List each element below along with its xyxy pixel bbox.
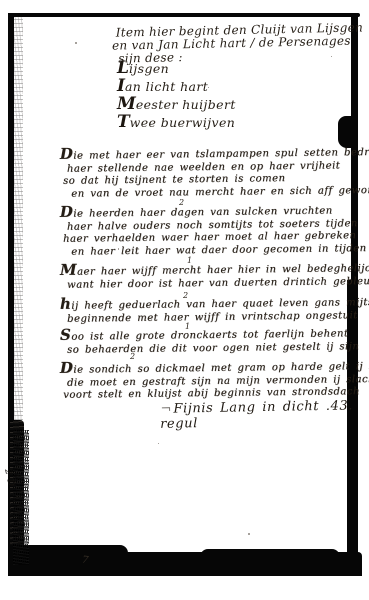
character-name: wee buerwijven	[130, 115, 236, 130]
character-lijsgen: Lijsgen	[117, 58, 236, 76]
scan-border-top	[8, 13, 360, 17]
paper-speck	[75, 42, 77, 44]
stanza-line: beginnende met haer wijff in vrintschap …	[67, 310, 360, 326]
paper-speck	[158, 443, 159, 444]
character-initial: M	[117, 94, 135, 114]
stanza-4: hij heeft geduerlach van haer quaet leve…	[60, 294, 360, 326]
character-name: an licht hart	[125, 79, 208, 94]
stanza-2: Die heerden haer dagen van sulcken vruch…	[60, 202, 361, 259]
stanza-5: Soo ist alle grote dronckaerts tot faerl…	[60, 325, 360, 357]
character-initial: T	[117, 112, 129, 132]
character-meester-huijbert: Meester huijbert	[117, 94, 236, 112]
character-name: ijsgen	[129, 61, 169, 76]
interlinear-mark-1: 2	[179, 198, 184, 207]
colophon-finis-line: Fijnis Lang in dicht .43. regul	[160, 398, 369, 432]
character-jan-lichthart: Ian licht hart	[117, 76, 236, 94]
binding-edge-dark-texture	[13, 430, 29, 565]
character-list: Lijsgen Ian licht hart Meester huijbert …	[117, 58, 236, 130]
interlinear-mark-3: 2	[183, 291, 188, 300]
paper-speck	[248, 533, 250, 535]
paper-speck	[118, 248, 119, 250]
stanza-line: en haer leit haer wat daer door gecomen …	[71, 243, 360, 259]
character-initial: L	[117, 58, 128, 78]
scan-border-bottom-bump2	[200, 549, 340, 559]
interlinear-mark-5: 2	[130, 352, 135, 361]
character-twee-buerwijven: Twee buerwijven	[117, 112, 236, 130]
stanza-1: Die met haer eer van tslampampen spul se…	[60, 144, 361, 201]
scan-border-right-blob	[338, 116, 354, 148]
manuscript-scan-page: Item hier begint den Cluijt van Lijsgen …	[0, 0, 369, 600]
stanza-line: en van de vroet nau mercht haer en sich …	[71, 185, 360, 201]
paper-speck	[208, 87, 209, 88]
stanza-3: Maer haer wijff mercht haer hier in wel …	[60, 260, 360, 292]
interlinear-mark-2: 1	[187, 256, 192, 265]
stanza-line: so behaerden die dit voor ogen niet gest…	[67, 341, 360, 357]
stanza-6: Die sondich so dickmael met gram op hard…	[60, 358, 360, 403]
character-initial: I	[117, 76, 124, 96]
character-name: eester huijbert	[136, 97, 236, 112]
stanza-line: want hier door ist haer van duerten drin…	[67, 276, 360, 292]
interlinear-mark-4: 1	[185, 322, 190, 331]
paper-speck	[331, 56, 332, 57]
